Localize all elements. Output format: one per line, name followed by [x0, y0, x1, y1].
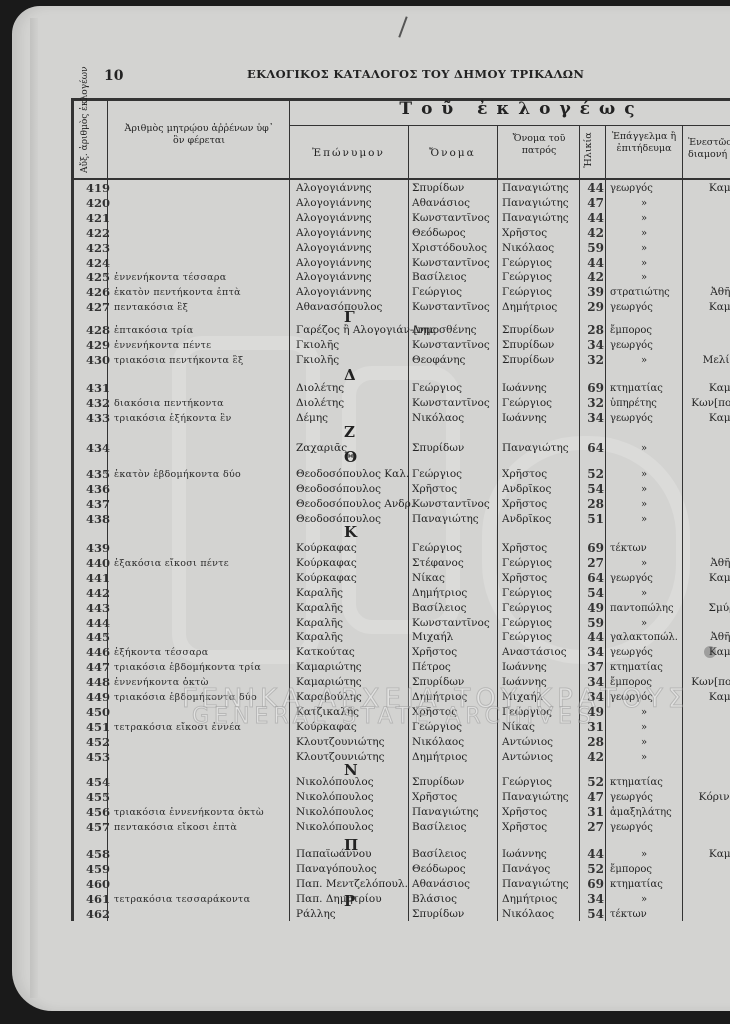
registry-number: ἑξήκοντα τέσσαρα: [114, 645, 209, 660]
first-name: Κωνσταντῖνος: [412, 211, 490, 226]
first-name: Γεώργιος: [412, 541, 462, 556]
surname: Κατκούτας: [296, 645, 355, 660]
father-name: Ανδρῖκος: [502, 512, 551, 527]
first-name: Σπυρίδων: [412, 907, 464, 922]
age: 47: [580, 196, 604, 211]
age: 69: [580, 381, 604, 396]
surname: Αλογογιάννης: [296, 270, 372, 285]
first-name: Χρῆστος: [412, 790, 457, 805]
header-voter-group: Τοῦ ἐκλογέως: [289, 103, 730, 115]
age: 54: [580, 907, 604, 922]
occupation: κτηματίας: [610, 660, 663, 675]
first-name: Νικόλαος: [412, 411, 464, 426]
age: 69: [580, 877, 604, 892]
father-name: Παναγιώτης: [502, 211, 569, 226]
section-letter: Θ: [344, 448, 357, 466]
age: 44: [580, 256, 604, 271]
residence: »: [686, 211, 730, 226]
header-serial: Αὔξ. ἀριθμὸς ἐκλογέων: [80, 107, 90, 173]
serial-number: 456: [80, 805, 110, 820]
father-name: Γεώργιος: [502, 256, 552, 271]
table-row: 462ΡάλληςΣπυρίδωνΝικόλαος54τέκτων»: [74, 907, 730, 922]
document-page: 10 ΕΚΛΟΓΙΚΟΣ ΚΑΤΑΛΟΓΟΣ ΤΟΥ ΔΗΜΟΥ ΤΡΙΚΑΛΩ…: [12, 6, 730, 1011]
table-row: 419ΑλογογιάννηςΣπυρίδωνΠαναγιώτης44γεωργ…: [74, 181, 730, 196]
age: 54: [580, 586, 604, 601]
father-name: Πανάγος: [502, 862, 550, 877]
surname: Γκιολῆς: [296, 353, 339, 368]
father-name: Αντώνιος: [502, 735, 553, 750]
occupation: κτηματίας: [610, 775, 663, 790]
surname: Κούρκαφας: [296, 541, 357, 556]
occupation: »: [634, 241, 654, 256]
table-row: 446ἑξήκοντα τέσσαραΚατκούταςΧρῆστοςΑναστ…: [74, 645, 730, 660]
voter-table: Αὔξ. ἀριθμὸς ἐκλογέων Ἀριθμὸς μητρῴου ἀῤ…: [71, 98, 730, 921]
table-row: 422ΑλογογιάννηςΘεόδωροςΧρῆστος42»»: [74, 226, 730, 241]
table-row: 440ἑξακόσια εἴκοσι πέντεΚούρκαφαςΣτέφανο…: [74, 556, 730, 571]
occupation: »: [634, 270, 654, 285]
first-name: Κωνσταντῖνος: [412, 396, 490, 411]
first-name: Γεώργιος: [412, 285, 462, 300]
father-name: Ιωάννης: [502, 660, 547, 675]
header-father-name: Ὄνομα τοῦ πατρός: [510, 133, 568, 157]
occupation: »: [634, 892, 654, 907]
table-row: 459ΠαναγόπουλοςΘεόδωροςΠανάγος52ἔμπορος»: [74, 862, 730, 877]
surname: Θεοδοσόπουλος Καλ.: [296, 467, 409, 482]
occupation: »: [634, 441, 654, 456]
occupation: κτηματίας: [610, 381, 663, 396]
serial-number: 461: [80, 892, 110, 907]
table-row: 427πεντακόσια ἓξΑθανασόπουλοςΚωνσταντῖνο…: [74, 300, 730, 315]
father-name: Παναγιώτης: [502, 181, 569, 196]
age: 34: [580, 645, 604, 660]
serial-number: 441: [80, 571, 110, 586]
serial-number: 427: [80, 300, 110, 315]
residence: »: [686, 482, 730, 497]
serial-number: 419: [80, 181, 110, 196]
occupation: ἁμαξηλάτης: [610, 805, 672, 820]
occupation: ἔμπορος: [610, 323, 652, 338]
age: 44: [580, 181, 604, 196]
header-rule: [289, 125, 730, 126]
occupation: »: [634, 482, 654, 497]
table-row: 425ἐννενήκοντα τέσσαραΑλογογιάννηςΒασίλε…: [74, 270, 730, 285]
occupation: γεωργός: [610, 790, 653, 805]
occupation: γεωργός: [610, 645, 653, 660]
serial-number: 431: [80, 381, 110, 396]
table-row: 421ΑλογογιάννηςΚωνσταντῖνοςΠαναγιώτης44»…: [74, 211, 730, 226]
surname: Αλογογιάννης: [296, 181, 372, 196]
table-row: 435ἑκατὸν ἑβδομήκοντα δύοΘεοδοσόπουλος Κ…: [74, 467, 730, 482]
first-name: Κωνσταντῖνος: [412, 338, 490, 353]
occupation: »: [634, 556, 654, 571]
table-row: 428ἑπτακόσια τρίαΓαρέζος ἢ Αλογογιάν-[νη…: [74, 323, 730, 338]
serial-number: 421: [80, 211, 110, 226]
occupation: »: [634, 586, 654, 601]
age: 69: [580, 541, 604, 556]
table-row: 443ΚαραλῆςΒασίλειοςΓεώργιος49παντοπώληςΣ…: [74, 601, 730, 616]
father-name: Σπυρίδων: [502, 323, 554, 338]
surname: Γκιολῆς: [296, 338, 339, 353]
serial-number: 438: [80, 512, 110, 527]
residence: »: [686, 256, 730, 271]
occupation: ὑπηρέτης: [610, 396, 657, 411]
occupation: γεωργός: [610, 411, 653, 426]
occupation: ἔμπορος: [610, 862, 652, 877]
father-name: Παναγιώτης: [502, 196, 569, 211]
table-row: 439ΚούρκαφαςΓεώργιοςΧρῆστος69τέκτων»: [74, 541, 730, 556]
father-name: Σπυρίδων: [502, 353, 554, 368]
section-letter: Ζ: [344, 423, 355, 441]
occupation: γεωργός: [610, 300, 653, 315]
father-name: Νικόλαος: [502, 241, 554, 256]
surname: Κλουτζουνιώτης: [296, 735, 384, 750]
serial-number: 462: [80, 907, 110, 922]
occupation: »: [634, 720, 654, 735]
surname: Ζαχαριᾶς: [296, 441, 347, 456]
age: 49: [580, 601, 604, 616]
age: 34: [580, 892, 604, 907]
surname: Παναγόπουλος: [296, 862, 377, 877]
surname: Καραλῆς: [296, 616, 343, 631]
first-name: Παναγιώτης: [412, 805, 479, 820]
occupation: »: [634, 196, 654, 211]
first-name: Γεώργιος: [412, 467, 462, 482]
serial-number: 442: [80, 586, 110, 601]
first-name: Αθανάσιος: [412, 877, 470, 892]
serial-number: 434: [80, 441, 110, 456]
residence: Ἀθῆναι: [686, 630, 730, 645]
residence: »: [686, 892, 730, 907]
age: 44: [580, 211, 604, 226]
table-row: 436ΘεοδοσόπουλοςΧρῆστοςΑνδρῖκος54»»: [74, 482, 730, 497]
table-row: 423ΑλογογιάννηςΧριστόδουλοςΝικόλαος59»»: [74, 241, 730, 256]
father-name: Γεώργιος: [502, 270, 552, 285]
serial-number: 435: [80, 467, 110, 482]
occupation: γαλακτοπώλ.: [610, 630, 678, 645]
age: 39: [580, 285, 604, 300]
residence: »: [686, 820, 730, 835]
serial-number: 437: [80, 497, 110, 512]
surname: Αθανασόπουλος: [296, 300, 382, 315]
first-name: Χρῆστος: [412, 482, 457, 497]
residence: »: [686, 241, 730, 256]
residence: Καμάρι: [686, 571, 730, 586]
surname: Νικολόπουλος: [296, 790, 374, 805]
serial-number: 429: [80, 338, 110, 353]
age: 31: [580, 805, 604, 820]
father-name: Γεώργιος: [502, 586, 552, 601]
table-row: 431ΔιολέτηςΓεώργιοςΙωάννης69κτηματίαςΚαμ…: [74, 381, 730, 396]
residence: Κων[πολις: [686, 396, 730, 411]
table-row: 445ΚαραλῆςΜιχαήλΓεώργιος44γαλακτοπώλ.Ἀθῆ…: [74, 630, 730, 645]
table-row: 455ΝικολόπουλοςΧρῆστοςΠαναγιώτης47γεωργό…: [74, 790, 730, 805]
registry-number: ἐννενήκοντα πέντε: [114, 338, 211, 353]
occupation: »: [634, 847, 654, 862]
father-name: Χρῆστος: [502, 541, 547, 556]
serial-number: 449: [80, 690, 110, 705]
age: 32: [580, 353, 604, 368]
table-row: 454ΝικολόπουλοςΣπυρίδωνΓεώργιος52κτηματί…: [74, 775, 730, 790]
surname: Θεοδοσόπουλος: [296, 482, 381, 497]
age: 59: [580, 616, 604, 631]
father-name: Ιωάννης: [502, 411, 547, 426]
occupation: γεωργός: [610, 820, 653, 835]
surname: Αλογογιάννης: [296, 256, 372, 271]
section-letter: Κ: [344, 523, 357, 541]
serial-number: 432: [80, 396, 110, 411]
surname: Καραλῆς: [296, 601, 343, 616]
occupation: γεωργός: [610, 181, 653, 196]
father-name: Παναγιώτης: [502, 877, 569, 892]
first-name: Δημήτριος: [412, 586, 467, 601]
first-name: Σπυρίδων: [412, 441, 464, 456]
age: 28: [580, 735, 604, 750]
occupation: »: [634, 256, 654, 271]
father-name: Δημήτριος: [502, 892, 557, 907]
residence: »: [686, 877, 730, 892]
residence: »: [686, 512, 730, 527]
first-name: Βασίλειος: [412, 847, 467, 862]
age: 59: [580, 241, 604, 256]
residence: »: [686, 775, 730, 790]
serial-number: 455: [80, 790, 110, 805]
father-name: Παναγιώτης: [502, 441, 569, 456]
age: 29: [580, 300, 604, 315]
table-row: 434ΖαχαριᾶςΣπυρίδωνΠαναγιώτης64»»: [74, 441, 730, 456]
header-age: Ἡλικία: [584, 129, 594, 171]
table-row: 432διακόσια πεντήκονταΔιολέτηςΚωνσταντῖν…: [74, 396, 730, 411]
serial-number: 422: [80, 226, 110, 241]
serial-number: 430: [80, 353, 110, 368]
registry-number: ἐννενήκοντα τέσσαρα: [114, 270, 226, 285]
age: 64: [580, 441, 604, 456]
age: 42: [580, 750, 604, 765]
father-name: Αντώνιος: [502, 750, 553, 765]
residence: »: [686, 497, 730, 512]
surname: Διολέτης: [296, 396, 344, 411]
father-name: Ανδρῖκος: [502, 482, 551, 497]
serial-number: 457: [80, 820, 110, 835]
residence: »: [686, 226, 730, 241]
table-row: 426ἑκατὸν πεντήκοντα ἑπτὰΑλογογιάννηςΓεώ…: [74, 285, 730, 300]
serial-number: 444: [80, 616, 110, 631]
surname: Νικολόπουλος: [296, 820, 374, 835]
surname: Αλογογιάννης: [296, 285, 372, 300]
age: 27: [580, 556, 604, 571]
registry-number: τριακόσια ἑβδομήκοντα τρία: [114, 660, 261, 675]
surname: Θεοδοσόπουλος Ανδρ.: [296, 497, 414, 512]
registry-number: τριακόσια ἐννενήκοντα ὀκτὼ: [114, 805, 264, 820]
age: 28: [580, 323, 604, 338]
header-surname: Ἐπώνυμον: [289, 147, 408, 159]
residence: Καμάρι: [686, 847, 730, 862]
first-name: Κωνσταντῖνος: [412, 616, 490, 631]
first-name: Δημήτριος: [412, 750, 467, 765]
age: 44: [580, 847, 604, 862]
first-name: Σπυρίδων: [412, 181, 464, 196]
first-name: Στέφανος: [412, 556, 464, 571]
surname: Παπ. Δημητρίου: [296, 892, 382, 907]
table-row: 458ΠαπαϊωάννουΒασίλειοςΙωάννης44»Καμάρι: [74, 847, 730, 862]
residence: Καμάρι: [686, 300, 730, 315]
occupation: στρατιώτης: [610, 285, 670, 300]
surname: Δέμης: [296, 411, 328, 426]
first-name: Δημοσθένης: [412, 323, 477, 338]
surname: Παπ. Μεντζελόπουλ.: [296, 877, 408, 892]
surname: Διολέτης: [296, 381, 344, 396]
residence: »: [686, 750, 730, 765]
father-name: Χρῆστος: [502, 226, 547, 241]
serial-number: 452: [80, 735, 110, 750]
registry-number: τριακόσια ἑξήκοντα ἓν: [114, 411, 232, 426]
residence: »: [686, 705, 730, 720]
registry-number: ἑπτακόσια τρία: [114, 323, 194, 338]
age: 37: [580, 660, 604, 675]
first-name: Νικόλαος: [412, 735, 464, 750]
registry-number: τριακόσια πεντήκοντα ἓξ: [114, 353, 244, 368]
occupation: »: [634, 211, 654, 226]
table-row: 442ΚαραλῆςΔημήτριοςΓεώργιος54»»: [74, 586, 730, 601]
occupation: »: [634, 512, 654, 527]
table-row: 447τριακόσια ἑβδομήκοντα τρίαΚαμαριώτηςΠ…: [74, 660, 730, 675]
father-name: Χρῆστος: [502, 820, 547, 835]
father-name: Γεώργιος: [502, 601, 552, 616]
father-name: Γεώργιος: [502, 556, 552, 571]
table-row: 456τριακόσια ἐννενήκοντα ὀκτὼΝικολόπουλο…: [74, 805, 730, 820]
father-name: Δημήτριος: [502, 300, 557, 315]
registry-number: τετρακόσια τεσσαράκοντα: [114, 892, 250, 907]
registry-number: ἑξακόσια εἴκοσι πέντε: [114, 556, 229, 571]
archive-watermark-en: GENERAL STATE ARCHIVES: [192, 704, 596, 729]
occupation: τέκτων: [610, 541, 647, 556]
registry-number: πεντακόσια εἴκοσι ἑπτὰ: [114, 820, 237, 835]
residence: Καμάρι: [686, 381, 730, 396]
occupation: τέκτων: [610, 907, 647, 922]
surname: Νικολόπουλος: [296, 805, 374, 820]
serial-number: 425: [80, 270, 110, 285]
father-name: Γεώργιος: [502, 285, 552, 300]
serial-number: 426: [80, 285, 110, 300]
serial-number: 447: [80, 660, 110, 675]
first-name: Πέτρος: [412, 660, 451, 675]
surname: Θεοδοσόπουλος: [296, 512, 381, 527]
residence: Κων[πολις: [686, 675, 730, 690]
father-name: Γεώργιος: [502, 630, 552, 645]
residence: »: [686, 805, 730, 820]
surname: Κούρκαφας: [296, 556, 357, 571]
residence: Καμάρι: [686, 411, 730, 426]
header-residence: Ἐνεστῶσα διαμονή: [688, 137, 730, 161]
ink-stain: [704, 646, 716, 658]
age: 51: [580, 512, 604, 527]
serial-number: 436: [80, 482, 110, 497]
first-name: Χρῆστος: [412, 645, 457, 660]
residence: »: [686, 323, 730, 338]
father-name: Ιωάννης: [502, 847, 547, 862]
first-name: Κωνσταντῖνος: [412, 256, 490, 271]
father-name: Χρῆστος: [502, 467, 547, 482]
surname: Καμαριώτης: [296, 660, 362, 675]
serial-number: 458: [80, 847, 110, 862]
serial-number: 424: [80, 256, 110, 271]
residence: »: [686, 735, 730, 750]
occupation: »: [634, 735, 654, 750]
residence: »: [686, 862, 730, 877]
age: 42: [580, 270, 604, 285]
serial-number: 448: [80, 675, 110, 690]
running-header: ΕΚΛΟΓΙΚΟΣ ΚΑΤΑΛΟΓΟΣ ΤΟΥ ΔΗΜΟΥ ΤΡΙΚΑΛΩΝ: [247, 67, 584, 81]
occupation: παντοπώλης: [610, 601, 674, 616]
father-name: Παναγιώτης: [502, 790, 569, 805]
first-name: Αθανάσιος: [412, 196, 470, 211]
age: 54: [580, 482, 604, 497]
residence: »: [686, 720, 730, 735]
serial-number: 433: [80, 411, 110, 426]
occupation: κτηματίας: [610, 877, 663, 892]
page-edge: [30, 18, 38, 998]
occupation: »: [634, 226, 654, 241]
father-name: Χρῆστος: [502, 571, 547, 586]
table-row: 433τριακόσια ἑξήκοντα ἓνΔέμηςΝικόλαοςΙωά…: [74, 411, 730, 426]
father-name: Γεώργιος: [502, 775, 552, 790]
table-row: 437Θεοδοσόπουλος Ανδρ.ΚωνσταντῖνοςΧρῆστο…: [74, 497, 730, 512]
serial-number: 459: [80, 862, 110, 877]
father-name: Γεώργιος: [502, 396, 552, 411]
residence: »: [686, 196, 730, 211]
serial-number: 450: [80, 705, 110, 720]
age: 52: [580, 862, 604, 877]
father-name: Αναστάσιος: [502, 645, 567, 660]
surname: Αλογογιάννης: [296, 241, 372, 256]
age: 47: [580, 790, 604, 805]
residence: »: [686, 467, 730, 482]
table-row: 453ΚλουτζουνιώτηςΔημήτριοςΑντώνιος42»»: [74, 750, 730, 765]
table-row: 438ΘεοδοσόπουλοςΠαναγιώτηςΑνδρῖκος51»»: [74, 512, 730, 527]
occupation: »: [634, 497, 654, 512]
paper-tear: [398, 16, 407, 37]
serial-number: 454: [80, 775, 110, 790]
first-name: Χριστόδουλος: [412, 241, 487, 256]
serial-number: 451: [80, 720, 110, 735]
residence: Κόρινθος: [686, 790, 730, 805]
residence: »: [686, 660, 730, 675]
residence: Καμάρι: [686, 181, 730, 196]
registry-number: πεντακόσια ἓξ: [114, 300, 188, 315]
surname: Καραλῆς: [296, 586, 343, 601]
father-name: Χρῆστος: [502, 805, 547, 820]
occupation: »: [634, 750, 654, 765]
residence: »: [686, 541, 730, 556]
father-name: Γεώργιος: [502, 616, 552, 631]
first-name: Σπυρίδων: [412, 775, 464, 790]
surname: Νικολόπουλος: [296, 775, 374, 790]
registry-number: ἑκατὸν ἑβδομήκοντα δύο: [114, 467, 241, 482]
serial-number: 453: [80, 750, 110, 765]
serial-number: 428: [80, 323, 110, 338]
serial-number: 420: [80, 196, 110, 211]
residence: Καμάρι: [686, 690, 730, 705]
header-registry: Ἀριθμὸς μητρῴου ἀῤῥένων ὑφ᾽ ὃν φέρεται: [119, 123, 279, 147]
surname: Καραλῆς: [296, 630, 343, 645]
first-name: Κωνσταντῖνος: [412, 300, 490, 315]
age: 64: [580, 571, 604, 586]
residence: Ἀθῆναι: [686, 285, 730, 300]
serial-number: 445: [80, 630, 110, 645]
surname: Αλογογιάννης: [296, 226, 372, 241]
residence: »: [686, 907, 730, 922]
father-name: Νικόλαος: [502, 907, 554, 922]
table-row: 420ΑλογογιάννηςΑθανάσιοςΠαναγιώτης47»»: [74, 196, 730, 211]
